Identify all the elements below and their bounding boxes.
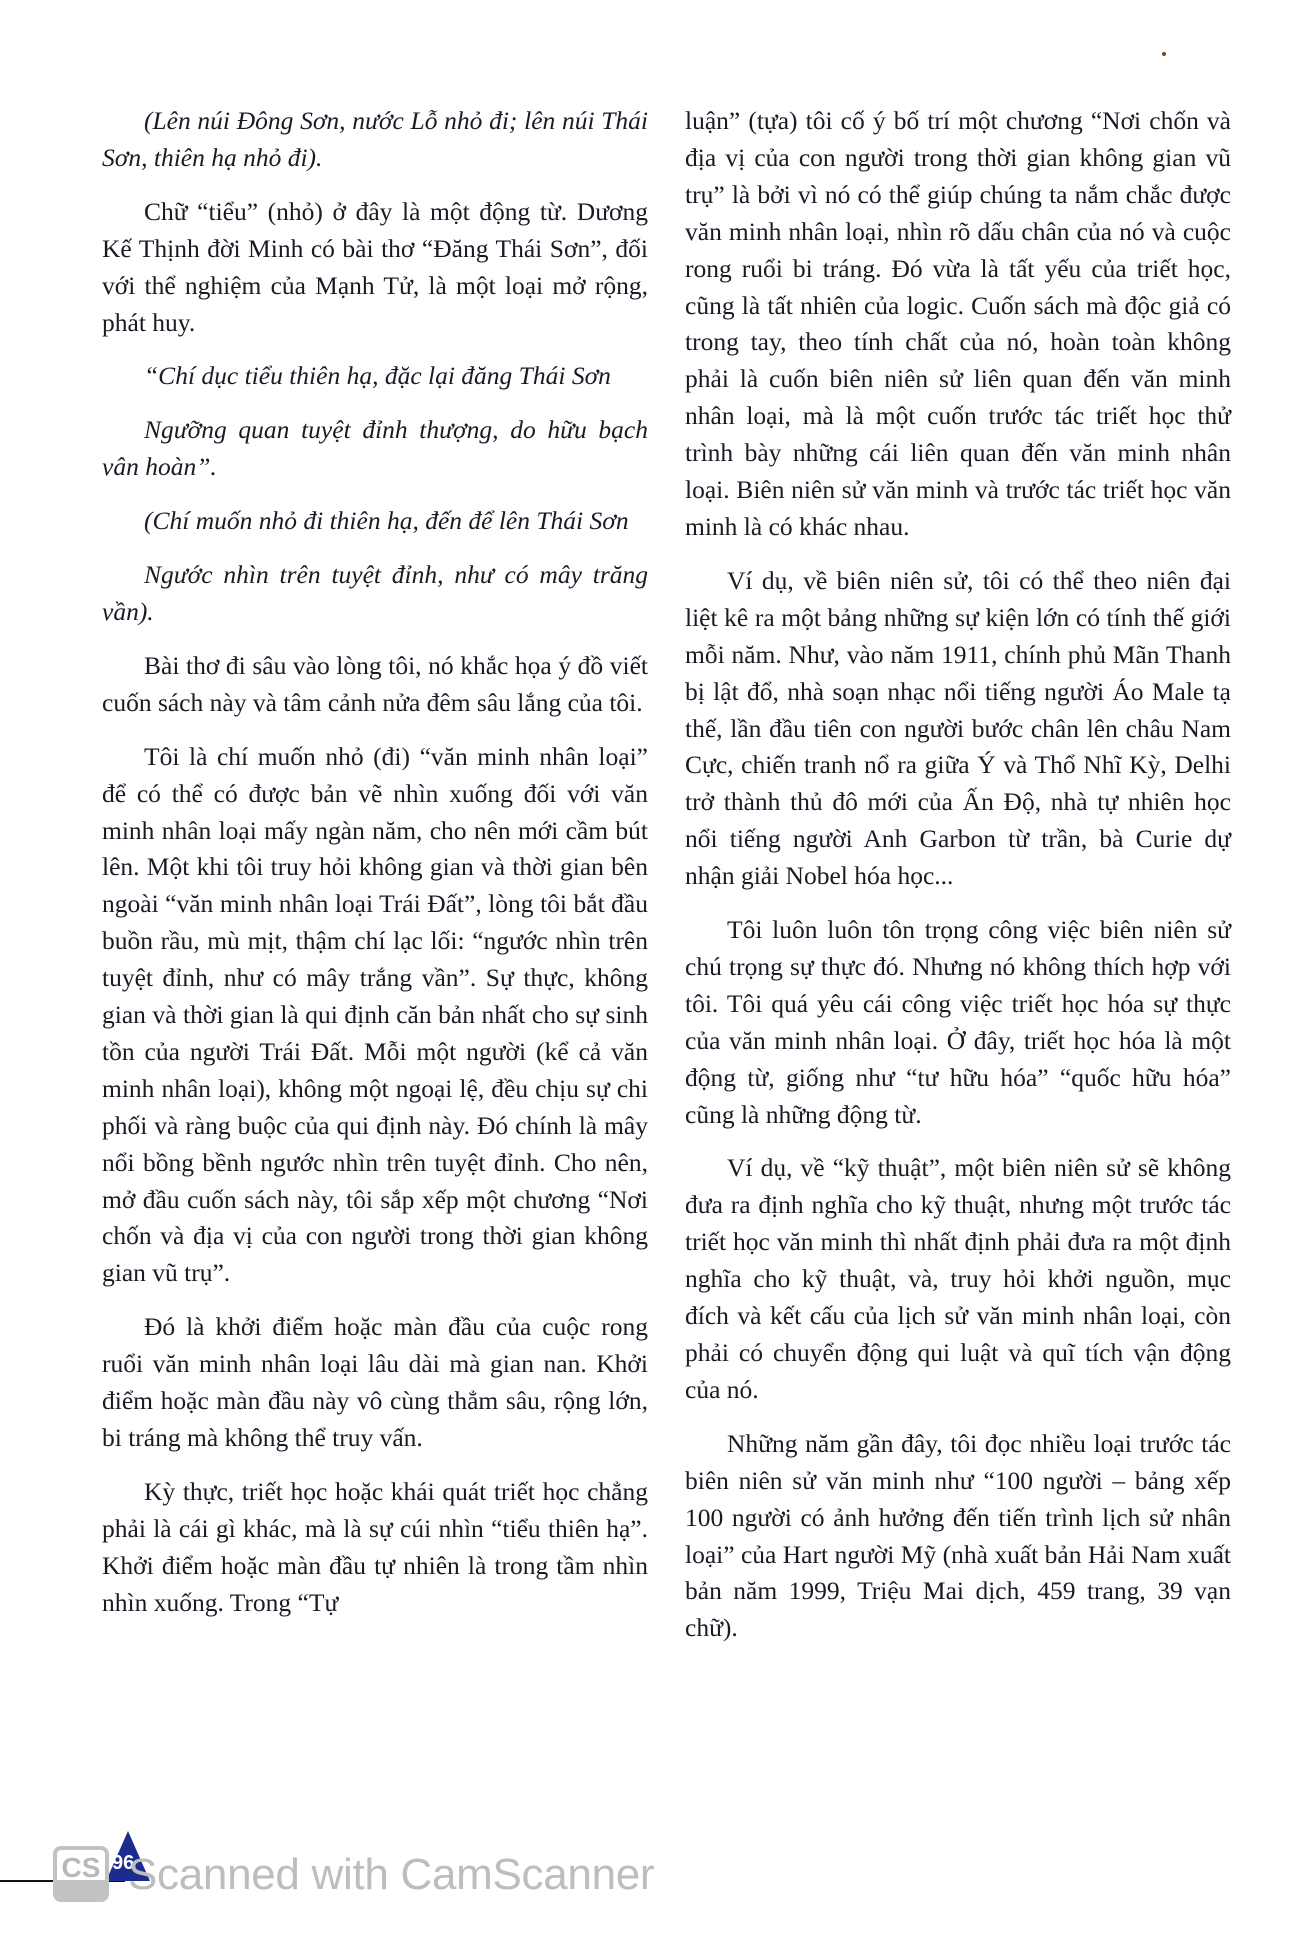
body-paragraph: Bài thơ đi sâu vào lòng tôi, nó khắc họa… [102,648,648,722]
body-paragraph: Chữ “tiểu” (nhỏ) ở đây là một động từ. D… [102,194,648,342]
poem-translation-line: Ngước nhìn trên tuyệt đỉnh, như có mây t… [102,557,648,631]
body-paragraph: Ví dụ, về “kỹ thuật”, một biên niên sử s… [685,1150,1231,1408]
right-column: luận” (tựa) tôi cố ý bố trí một chương “… [685,103,1231,1664]
poem-line: “Chí dục tiểu thiên hạ, đặc lại đăng Thá… [102,358,648,395]
camscanner-logo-text: CS [57,1852,105,1884]
camscanner-watermark: Scanned with CamScanner [128,1850,654,1900]
body-paragraph: Tôi luôn luôn tôn trọng công việc biên n… [685,912,1231,1133]
left-column: (Lên núi Đông Sơn, nước Lỗ nhỏ đi; lên n… [102,103,648,1639]
poem-line: Ngưỡng quan tuyệt đỉnh thượng, do hữu bạ… [102,412,648,486]
poem-translation-line: (Chí muốn nhỏ đi thiên hạ, đến để lên Th… [102,503,648,540]
body-paragraph: Kỳ thực, triết học hoặc khái quát triết … [102,1474,648,1622]
camscanner-logo-icon: CS [53,1846,109,1902]
body-paragraph: Tôi là chí muốn nhỏ (đi) “văn minh nhân … [102,739,648,1293]
poem-translation-line: (Lên núi Đông Sơn, nước Lỗ nhỏ đi; lên n… [102,103,648,177]
body-paragraph: Ví dụ, về biên niên sử, tôi có thể theo … [685,563,1231,895]
body-paragraph: Những năm gần đây, tôi đọc nhiều loại tr… [685,1426,1231,1647]
continued-paragraph: luận” (tựa) tôi cố ý bố trí một chương “… [685,103,1231,546]
scan-speck [1162,52,1166,56]
body-paragraph: Đó là khởi điểm hoặc màn đầu của cuộc ro… [102,1309,648,1457]
